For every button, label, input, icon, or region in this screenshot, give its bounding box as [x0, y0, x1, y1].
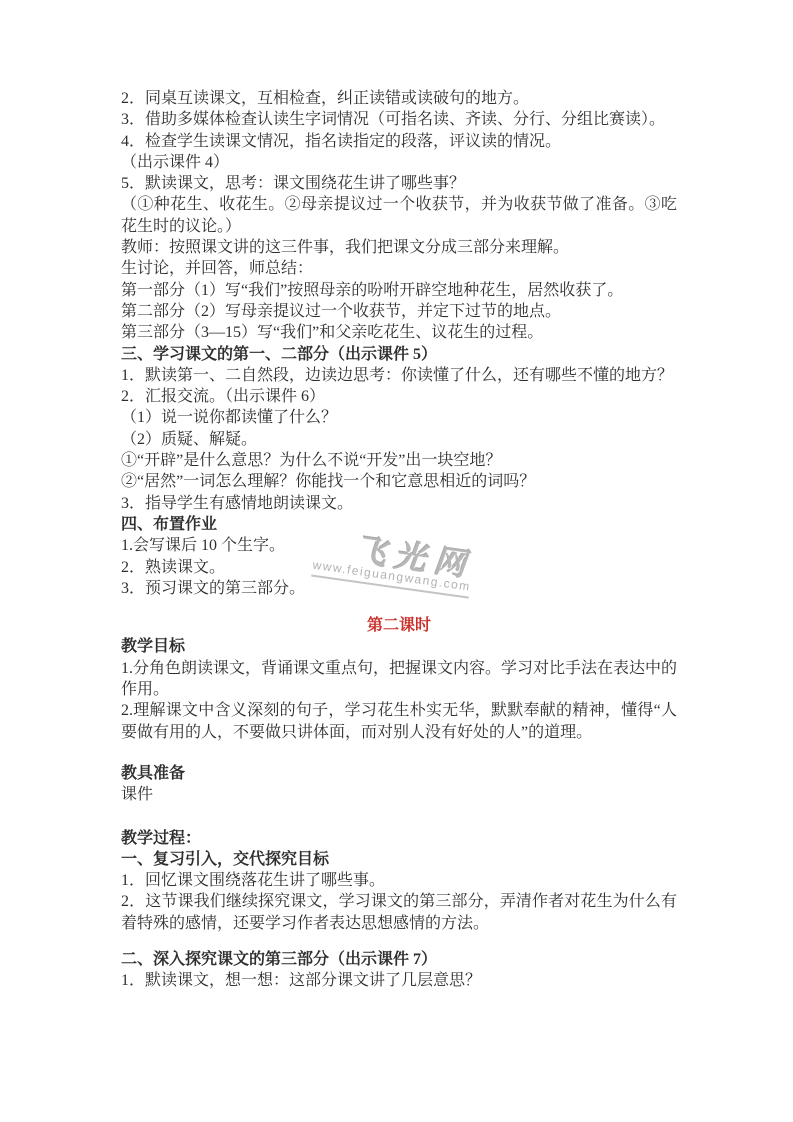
paragraph: （2）质疑、解疑。	[121, 429, 677, 450]
paragraph: 教具准备	[121, 763, 677, 784]
document-page: 2．同桌互读课文，互相检查，纠正读错或读破句的地方。3．借助多媒体检查认读生字词…	[0, 0, 793, 1122]
paragraph: （1）说一说你都读懂了什么？	[121, 407, 677, 428]
paragraph: 2．这节课我们继续探究课文，学习课文的第三部分，弄清作者对花生为什么有着特殊的感…	[121, 891, 677, 934]
paragraph: 1．默读课文，想一想：这部分课文讲了几层意思？	[121, 970, 677, 991]
paragraph: 二、深入探究课文的第三部分（出示课件 7）	[121, 949, 677, 970]
paragraph: 1.分角色朗读课文，背诵课文重点句，把握课文内容。学习对比手法在表达中的作用。	[121, 658, 677, 701]
paragraph: 第二课时	[121, 615, 677, 636]
paragraph: 教师：按照课文讲的这三件事，我们把课文分成三部分来理解。	[121, 237, 677, 258]
paragraph: 1．回忆课文围绕落花生讲了哪些事。	[121, 870, 677, 891]
paragraph: 3．预习课文的第三部分。	[121, 578, 677, 599]
paragraph: 2.理解课文中含义深刻的句子，学习花生朴实无华，默默奉献的精神，懂得“人要做有用…	[121, 700, 677, 743]
paragraph: ①“开辟”是什么意思？为什么不说“开发”出一块空地？	[121, 450, 677, 471]
paragraph: 教学目标	[121, 636, 677, 657]
paragraph: 1．默读第一、二自然段，边读边思考：你读懂了什么，还有哪些不懂的地方？	[121, 365, 677, 386]
paragraph: 生讨论，并回答，师总结：	[121, 258, 677, 279]
paragraph: 1.会写课后 10 个生字。	[121, 535, 677, 556]
document-body: 2．同桌互读课文，互相检查，纠正读错或读破句的地方。3．借助多媒体检查认读生字词…	[121, 88, 677, 992]
paragraph: 4．检查学生读课文情况，指名读指定的段落，评议读的情况。	[121, 131, 677, 152]
paragraph: 2．熟读课文。	[121, 557, 677, 578]
paragraph: 5．默读课文，思考：课文围绕花生讲了哪些事？	[121, 173, 677, 194]
paragraph: 3．指导学生有感情地朗读课文。	[121, 493, 677, 514]
paragraph: 2．汇报交流。（出示课件 6）	[121, 386, 677, 407]
paragraph: 一、复习引入，交代探究目标	[121, 849, 677, 870]
paragraph: ②“居然”一词怎么理解？你能找一个和它意思相近的词吗？	[121, 471, 677, 492]
paragraph: （①种花生、收花生。②母亲提议过一个收获节，并为收获节做了准备。③吃花生时的议论…	[121, 194, 677, 237]
paragraph: 3．借助多媒体检查认读生字词情况（可指名读、齐读、分行、分组比赛读）。	[121, 109, 677, 130]
paragraph: 三、学习课文的第一、二部分（出示课件 5）	[121, 344, 677, 365]
paragraph: 第一部分（1）写“我们”按照母亲的吩咐开辟空地种花生，居然收获了。	[121, 280, 677, 301]
paragraph: （出示课件 4）	[121, 152, 677, 173]
paragraph: 第二部分（2）写母亲提议过一个收获节，并定下过节的地点。	[121, 301, 677, 322]
paragraph: 2．同桌互读课文，互相检查，纠正读错或读破句的地方。	[121, 88, 677, 109]
paragraph: 课件	[121, 784, 677, 805]
paragraph: 四、布置作业	[121, 514, 677, 535]
paragraph: 第三部分（3—15）写“我们”和父亲吃花生、议花生的过程。	[121, 322, 677, 343]
paragraph: 教学过程：	[121, 828, 677, 849]
